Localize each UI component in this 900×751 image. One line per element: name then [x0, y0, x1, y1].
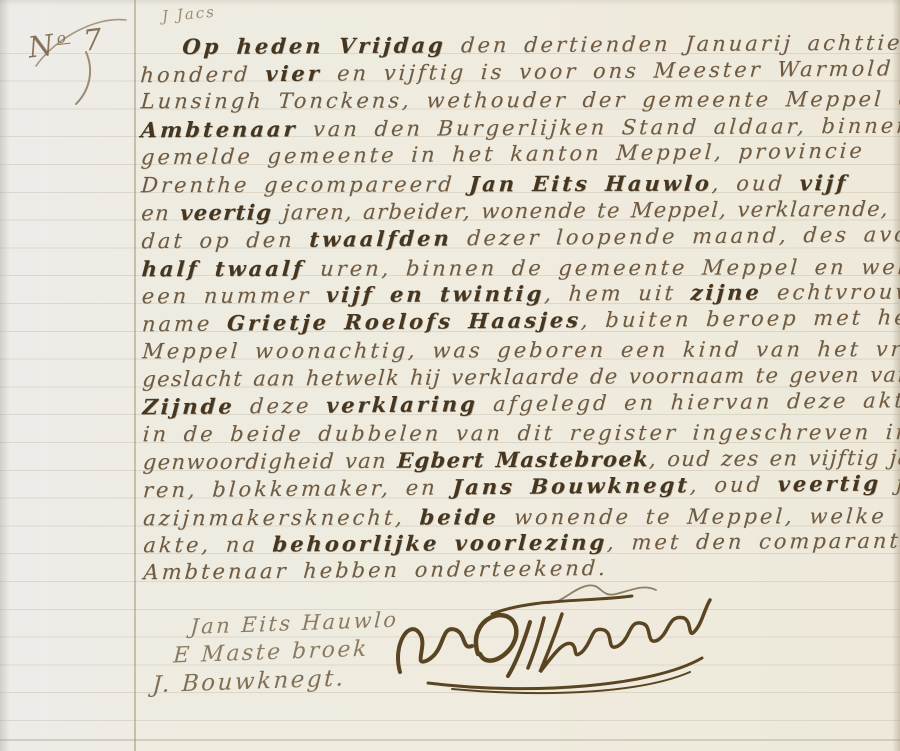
record-plain-text: , oud zes en vijftig ja- [648, 446, 900, 472]
record-plain-text: azijnmakersknecht, [142, 505, 420, 530]
record-plain-text: , met den comparant en ons [606, 528, 900, 554]
left-margin-area [0, 0, 134, 751]
record-emphasis-text: verklaring [325, 391, 494, 418]
scan-edge-left [0, 0, 10, 751]
record-emphasis-text: veertig [777, 470, 897, 496]
record-plain-text: wonende te Meppel, welke dezelve [513, 503, 900, 528]
record-emphasis-text: Zijnde [142, 393, 251, 419]
record-line: Zijnde deze verklaring afgelegd en hierv… [142, 386, 900, 421]
record-emphasis-text: Egbert Mastebroek [396, 447, 650, 474]
record-emphasis-text: vijf en twintig [325, 281, 545, 307]
margin-rule-line [134, 0, 136, 751]
record-emphasis-text: Ambtenaar [140, 116, 314, 142]
record-plain-text: Lunsingh Tonckens, wethouder der gemeent… [140, 87, 900, 113]
record-plain-text: deze [249, 394, 327, 419]
record-plain-text: dezer loopende maand, des avonds te [466, 221, 900, 250]
record-plain-text: uren, binnen de gemeente Meppel en wel i… [319, 254, 900, 280]
record-emphasis-text: veertig [179, 200, 283, 226]
closing-flourish [540, 580, 660, 612]
record-emphasis-text: beide [419, 504, 515, 529]
record-plain-text: een nummer [141, 283, 327, 308]
record-plain-text: akte, na [143, 533, 274, 558]
official-signature [392, 588, 722, 698]
record-plain-text: , hem uit [544, 281, 692, 306]
record-plain-text: name [141, 311, 228, 336]
record-plain-text: ren, blokkemaker, en [142, 475, 453, 502]
act-number-superscript: o [56, 28, 71, 47]
record-plain-text: , oud [711, 172, 800, 196]
record-plain-text: dat op den [141, 228, 310, 254]
record-plain-text: , oud [689, 472, 778, 497]
record-plain-text: Meppel woonachtig, was geboren een kind … [142, 336, 900, 363]
record-plain-text: en [141, 201, 181, 225]
record-plain-text: in de beide dubbelen van dit register in… [142, 419, 900, 445]
record-plain-text: Ambtenaar hebben onderteekend. [143, 556, 609, 584]
margin-top-note: J Jacs [161, 3, 216, 26]
act-number-prefix: N [26, 27, 59, 64]
record-line: ren, blokkemaker, en Jans Bouwknegt, oud… [142, 469, 900, 504]
record-line: Ambtenaar hebben onderteekend. [143, 552, 900, 587]
record-plain-text: Drenthe gecompareerd [140, 173, 470, 198]
record-emphasis-text: Op heden [182, 33, 340, 59]
record-plain-text: jaren, [896, 471, 900, 496]
record-emphasis-text: vier [265, 60, 338, 86]
record-emphasis-text: Vrijdag [338, 32, 462, 58]
record-line: name Grietje Roelofs Haasjes, buiten ber… [141, 303, 899, 338]
record-plain-text: echtvrouw met [776, 279, 900, 304]
record-plain-text: afgelegd en hiervan deze akte [493, 388, 900, 416]
register-page-scan: J Jacs No 7 Op heden Vrijdag den dertien… [0, 0, 900, 751]
record-emphasis-text: Jan Eits Hauwlo [468, 171, 712, 197]
record-plain-text: den dertienden Januarij achttien [460, 31, 900, 58]
record-emphasis-text: twaalfden [309, 225, 468, 251]
scan-bottom-crease [0, 739, 900, 741]
record-plain-text: genwoordigheid van [142, 449, 398, 475]
record-plain-text: en vijftig is voor ons Meester Warmold [336, 56, 894, 85]
record-emphasis-text: Jans Bouwknegt [452, 472, 691, 499]
record-plain-text: , buiten beroep met hem te [580, 304, 900, 332]
record-emphasis-text: vijf [799, 171, 849, 196]
record-emphasis-text: Grietje Roelofs Haasjes [226, 307, 582, 335]
record-text: Op heden Vrijdag den dertienden Januarij… [139, 29, 898, 587]
record-line: dat op den twaalfden dezer loopende maan… [141, 220, 899, 255]
record-plain-text: honderd [140, 62, 266, 87]
act-number-value: 7 [81, 21, 107, 57]
record-emphasis-text: behoorlijke voorlezing [272, 530, 608, 557]
record-plain-text: gemelde gemeente in het kanton Meppel, p… [140, 138, 865, 169]
witness-signatures: Jan Eits HauwloE Maste broekJ. Bouwknegt… [145, 606, 400, 700]
record-emphasis-text: zijne [690, 280, 778, 306]
scan-edge-top [0, 0, 900, 6]
record-emphasis-text: half twaalf [141, 255, 321, 281]
